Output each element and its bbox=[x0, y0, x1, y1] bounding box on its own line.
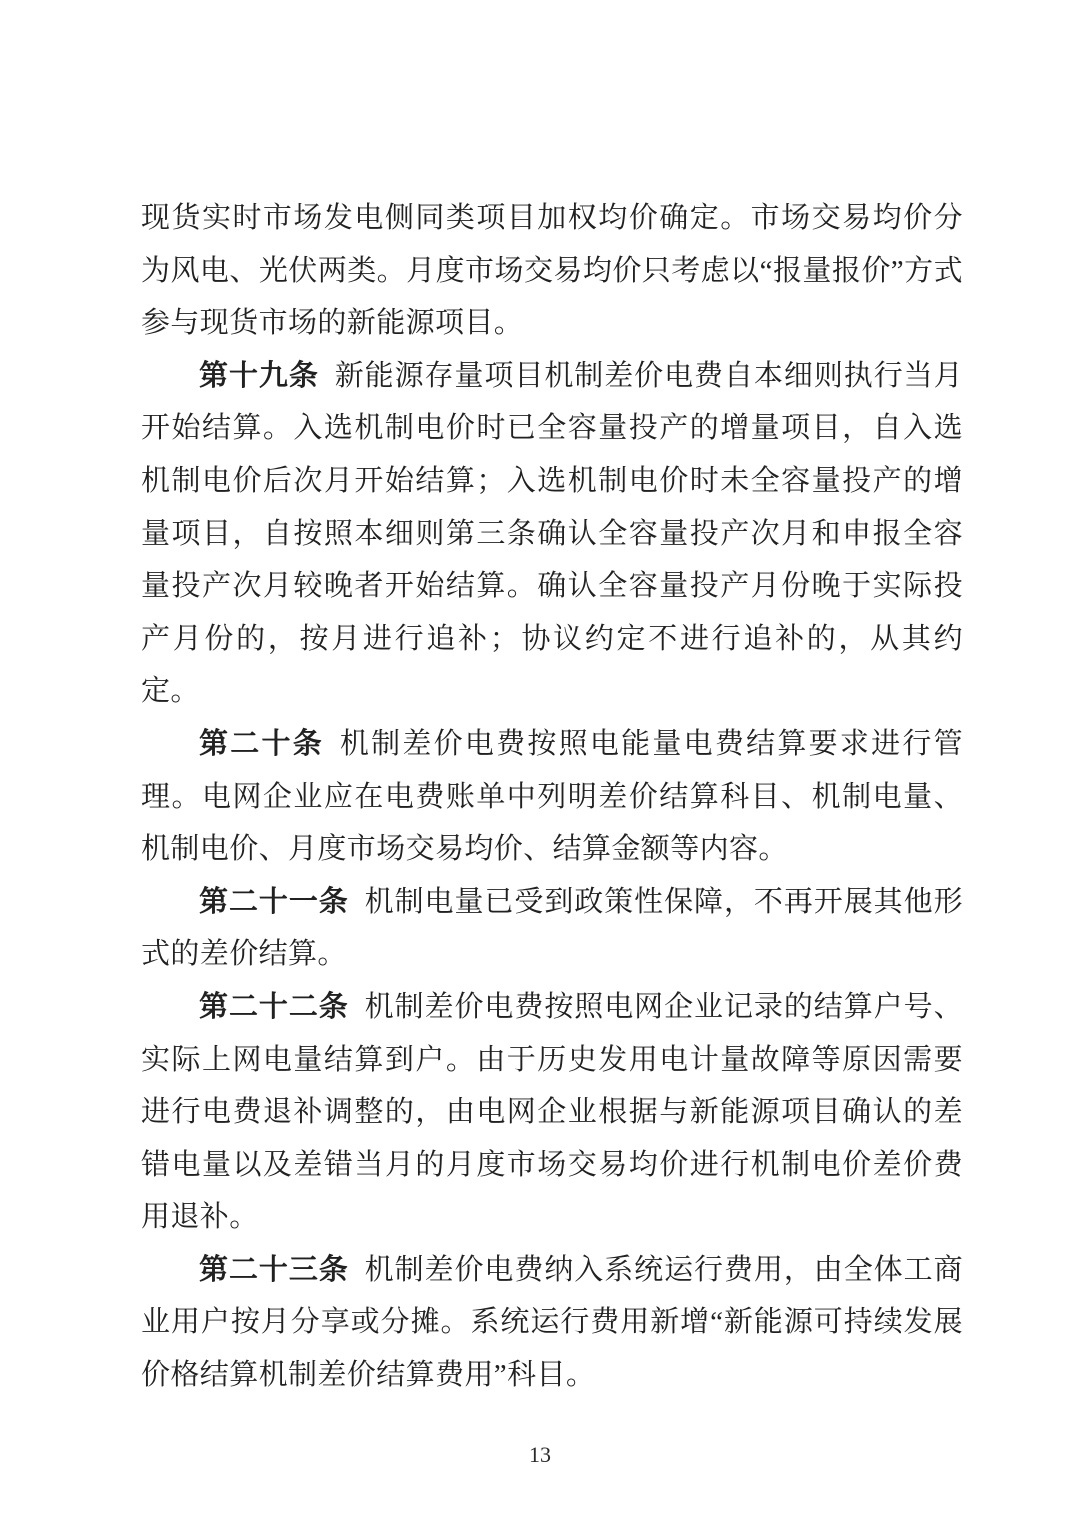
article-number: 第二十一条 bbox=[199, 886, 365, 918]
article-number: 第十九条 bbox=[199, 360, 335, 392]
article-number: 第二十二条 bbox=[199, 991, 365, 1023]
paragraph-text: 现货实时市场发电侧同类项目加权均价确定。市场交易均价分为风电、光伏两类。月度市场… bbox=[141, 202, 963, 339]
article-number: 第二十条 bbox=[199, 728, 340, 760]
paragraph: 第二十三条机制差价电费纳入系统运行费用，由全体工商业用户按月分享或分摊。系统运行… bbox=[141, 1244, 963, 1402]
paragraph: 第十九条新能源存量项目机制差价电费自本细则执行当月开始结算。入选机制电价时已全容… bbox=[141, 350, 963, 718]
paragraph: 现货实时市场发电侧同类项目加权均价确定。市场交易均价分为风电、光伏两类。月度市场… bbox=[141, 192, 963, 350]
document-page: 现货实时市场发电侧同类项目加权均价确定。市场交易均价分为风电、光伏两类。月度市场… bbox=[0, 0, 1080, 1527]
paragraph: 第二十条机制差价电费按照电能量电费结算要求进行管理。电网企业应在电费账单中列明差… bbox=[141, 718, 963, 876]
article-number: 第二十三条 bbox=[199, 1254, 365, 1286]
paragraph-text: 机制差价电费按照电网企业记录的结算户号、实际上网电量结算到户。由于历史发用电计量… bbox=[141, 991, 963, 1233]
paragraph-text: 新能源存量项目机制差价电费自本细则执行当月开始结算。入选机制电价时已全容量投产的… bbox=[141, 360, 963, 708]
document-body: 现货实时市场发电侧同类项目加权均价确定。市场交易均价分为风电、光伏两类。月度市场… bbox=[141, 192, 963, 1402]
paragraph: 第二十一条机制电量已受到政策性保障，不再开展其他形式的差价结算。 bbox=[141, 876, 963, 981]
page-number: 13 bbox=[0, 1440, 1080, 1470]
paragraph: 第二十二条机制差价电费按照电网企业记录的结算户号、实际上网电量结算到户。由于历史… bbox=[141, 981, 963, 1244]
